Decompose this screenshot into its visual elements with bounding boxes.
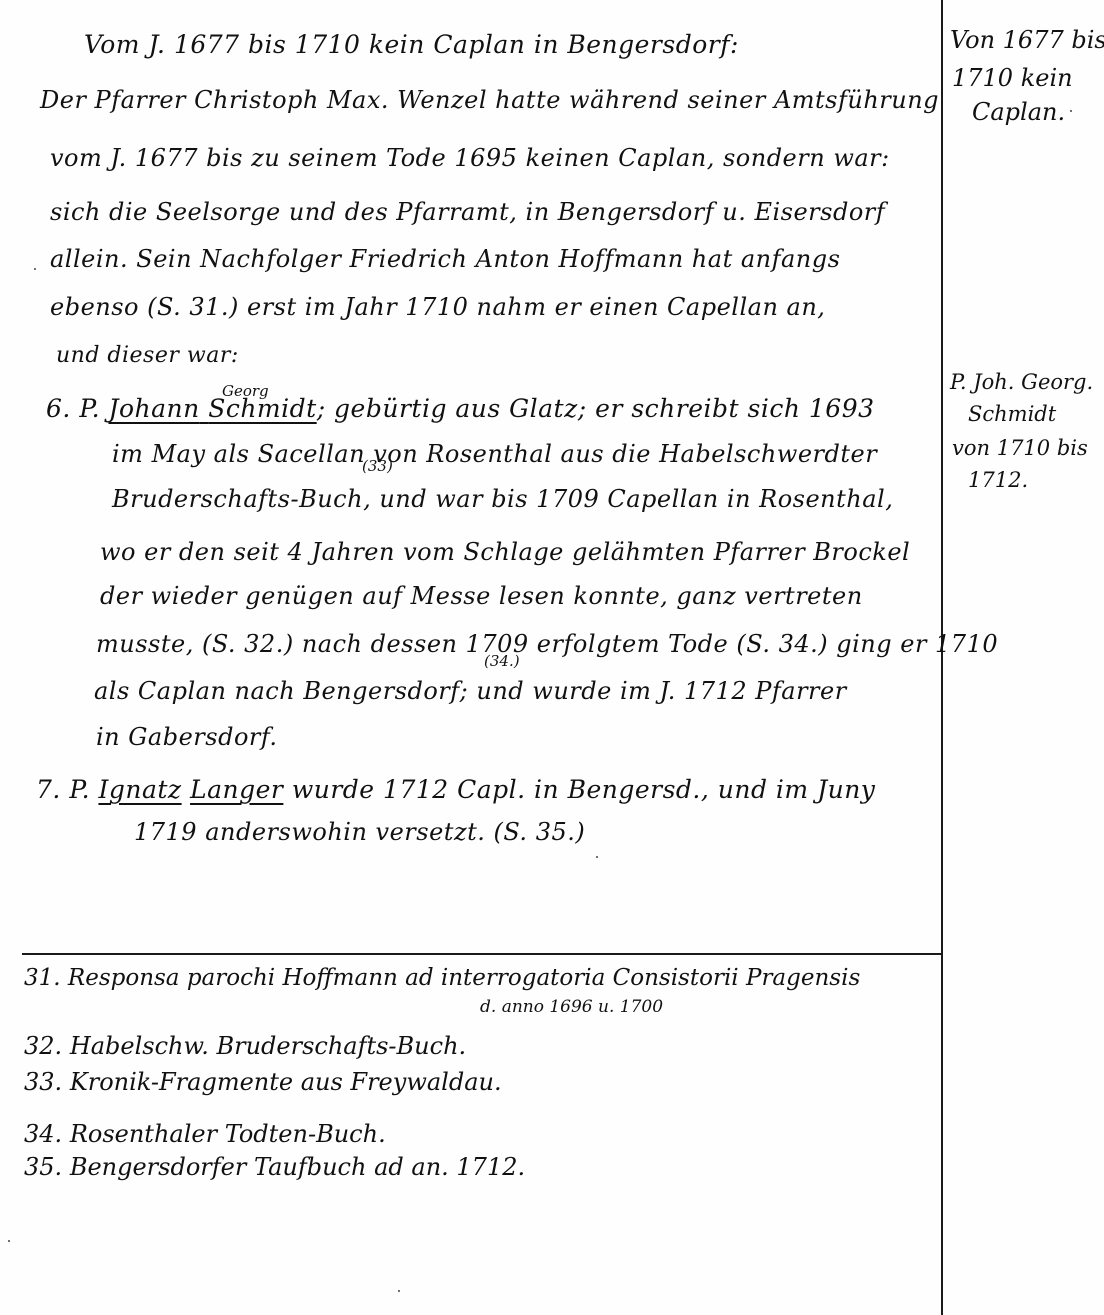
entry-6-line-3: Bruderschafts-Buch, und war bis 1709 Cap… <box>112 485 893 513</box>
entry-number: 7. <box>36 775 61 804</box>
body-line-2: vom J. 1677 bis zu seinem Tode 1695 kein… <box>50 144 890 172</box>
inserted-name-georg: Georg <box>222 382 269 400</box>
entry-name: Johann Schmidt <box>108 394 316 423</box>
entry-surname: Langer <box>190 775 283 804</box>
footnote-32: 32. Habelschw. Bruderschafts-Buch. <box>24 1032 466 1060</box>
entry-6-line-6: musste, (S. 32.) nach dessen 1709 erfolg… <box>96 630 998 658</box>
footnote-35: 35. Bengersdorfer Taufbuch ad an. 1712. <box>24 1153 525 1181</box>
entry-7-first-line: 7. P. Ignatz Langer wurde 1712 Capl. in … <box>36 775 875 804</box>
entry-6-line-5: der wieder genügen auf Messe lesen konnt… <box>100 582 863 610</box>
footnote-separator <box>22 953 942 955</box>
entry-6-line-2: im May als Sacellan von Rosenthal aus di… <box>112 440 877 468</box>
body-line-6: und dieser war: <box>56 343 239 368</box>
body-line-3: sich die Seelsorge und des Pfarramt, in … <box>50 198 885 226</box>
page-heading: Vom J. 1677 bis 1710 kein Caplan in Beng… <box>84 30 739 59</box>
entry-6-line-8: in Gabersdorf. <box>96 723 278 751</box>
body-line-5: ebenso (S. 31.) erst im Jahr 1710 nahm e… <box>50 293 825 321</box>
scan-speck <box>34 268 36 270</box>
entry-6-line-7: als Caplan nach Bengersdorf; und wurde i… <box>94 677 847 705</box>
footnote-33: 33. Kronik-Fragmente aus Freywaldau. <box>24 1068 502 1096</box>
footnote-31: 31. Responsa parochi Hoffmann ad interro… <box>24 965 860 991</box>
footnote-mark-33: (33) <box>362 457 393 475</box>
footnote-34: 34. Rosenthaler Todten-Buch. <box>24 1120 386 1148</box>
scan-speck <box>1070 110 1072 112</box>
entry-7-line-2: 1719 anderswohin versetzt. (S. 35.) <box>134 818 585 846</box>
scan-speck <box>8 1240 10 1242</box>
entry-6-line-4: wo er den seit 4 Jahren vom Schlage gelä… <box>100 538 910 566</box>
entry-title: P. <box>79 394 100 423</box>
body-line-1: Der Pfarrer Christoph Max. Wenzel hatte … <box>40 86 939 114</box>
entry-first-name: Ignatz <box>98 775 181 804</box>
entry-title: P. <box>69 775 90 804</box>
entry-6-first-line: 6. P. Johann Schmidt; gebürtig aus Glatz… <box>46 394 875 423</box>
footnote-mark-34: (34.) <box>484 652 520 670</box>
scan-speck <box>596 856 598 858</box>
scan-speck <box>398 1290 400 1292</box>
manuscript-page: Vom J. 1677 bis 1710 kein Caplan in Beng… <box>0 0 1104 1315</box>
entry-number: 6. <box>46 394 71 423</box>
footnote-31-subtext: d. anno 1696 u. 1700 <box>480 997 663 1017</box>
body-line-4: allein. Sein Nachfolger Friedrich Anton … <box>50 245 840 273</box>
